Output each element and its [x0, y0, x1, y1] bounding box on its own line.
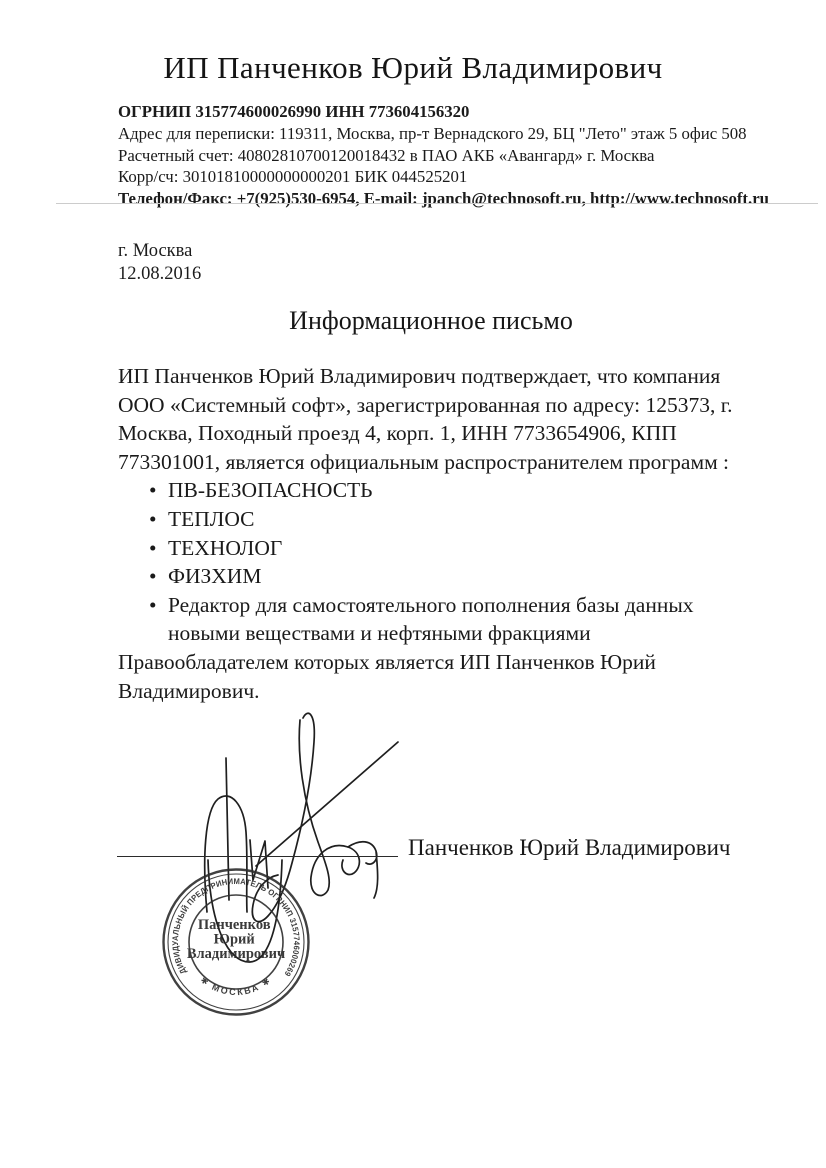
program-list-item: ФИЗХИМ — [118, 562, 724, 591]
date-line: 12.08.2016 — [118, 263, 201, 286]
outro-paragraph: Правообладателем которых является ИП Пан… — [118, 648, 724, 705]
letterhead-details: ОГРНИП 315774600026990 ИНН 773604156320 … — [118, 101, 808, 210]
signature-line — [117, 856, 398, 857]
contacts-line: Телефон/Факс: +7(925)530-6954, E-mail: j… — [118, 188, 808, 210]
intro-line: Москва, Походный проезд 4, корп. 1, ИНН … — [118, 419, 724, 448]
intro-line: ИП Панченков Юрий Владимирович подтвержд… — [118, 362, 724, 391]
scanned-letter-page: ИП Панченков Юрий Владимирович ОГРНИП 31… — [0, 0, 826, 1168]
intro-paragraph: ИП Панченков Юрий Владимирович подтвержд… — [118, 362, 724, 476]
bank-account-line: Расчетный счет: 40802810700120018432 в П… — [118, 145, 808, 167]
corr-account-line: Корр/сч: 30101810000000000201 БИК 044525… — [118, 166, 808, 188]
address-line: Адрес для переписки: 119311, Москва, пр-… — [118, 123, 808, 145]
letterhead-divider — [56, 203, 818, 204]
dateline: г. Москва 12.08.2016 — [118, 240, 201, 285]
program-list-item: Редактор для самостоятельного пополнения… — [118, 591, 724, 648]
program-list-item: ПВ-БЕЗОПАСНОСТЬ — [118, 476, 724, 505]
outro-line: Правообладателем которых является ИП Пан… — [118, 648, 724, 677]
intro-line: 773301001, является официальным распрост… — [118, 448, 724, 477]
program-list-item: ТЕХНОЛОГ — [118, 534, 724, 563]
registration-line: ОГРНИП 315774600026990 ИНН 773604156320 — [118, 101, 808, 123]
letter-subject: Информационное письмо — [18, 306, 826, 336]
letter-body: ИП Панченков Юрий Владимирович подтвержд… — [118, 362, 724, 705]
stamp-bottom-text-wrap: ✱ МОСКВА ✱ — [199, 975, 274, 998]
program-list: ПВ-БЕЗОПАСНОСТЬТЕПЛОСТЕХНОЛОГФИЗХИМРедак… — [118, 476, 724, 648]
city-line: г. Москва — [118, 240, 201, 263]
intro-line: ООО «Системный софт», зарегистрированная… — [118, 391, 724, 420]
company-title: ИП Панченков Юрий Владимирович — [0, 50, 826, 86]
stamp-center-name: Панченков Юрий Владимирович — [187, 917, 285, 962]
program-list-item: ТЕПЛОС — [118, 505, 724, 534]
round-stamp-icon: ИНДИВИДУАЛЬНЫЙ ПРЕДПРИНИМАТЕЛЬ ОГРНИП 31… — [160, 866, 312, 1018]
signatory-name: Панченков Юрий Владимирович — [408, 835, 730, 861]
stamp-city-text: ✱ МОСКВА ✱ — [199, 975, 274, 998]
stamp-name-line-3: Владимирович — [187, 946, 285, 962]
